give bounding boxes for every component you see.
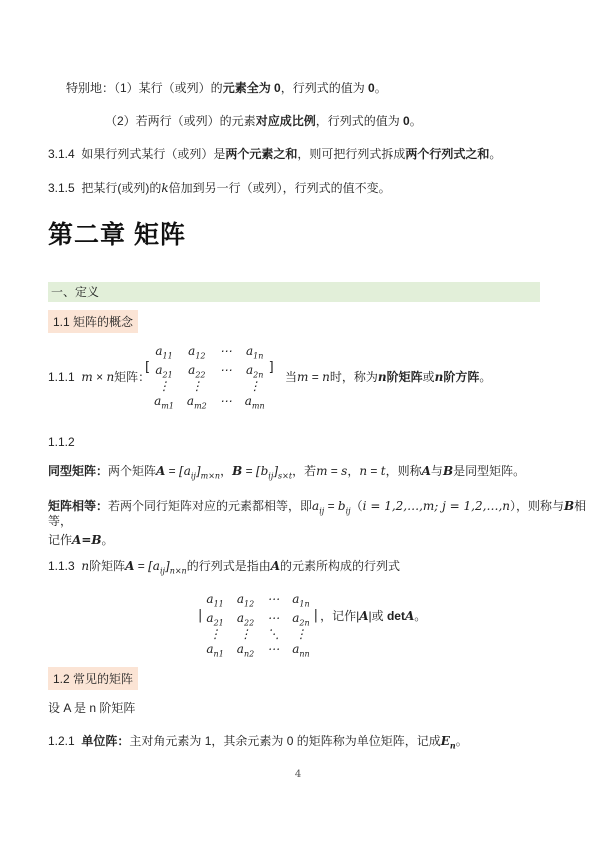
matrix-block-1-1-1: 1.1.1 m × n矩阵： [a11a12⋯a1na21a22⋯a2n⋮⋮⋮a… (48, 341, 548, 419)
text-run: ，若 (292, 464, 316, 478)
bold-term: 阶矩阵 (387, 370, 423, 384)
matrix: [a11a12⋯a1na21a22⋯a2n⋮⋮⋮am1am2⋯amn] (145, 341, 274, 410)
matrix-cell: a2n (246, 364, 263, 376)
text-run: ， (347, 464, 359, 478)
paragraph-matrix-equal: 矩阵相等：若两个同行矩阵对应的元素都相等，即aij = bij（i = 1,2,… (48, 499, 596, 529)
math-var-A: A (156, 464, 165, 478)
math-var-n: n (378, 370, 387, 384)
text-run: 。 (410, 114, 422, 128)
math-var-A: A (422, 464, 431, 478)
bold-term: 0 (403, 114, 410, 128)
paragraph-let-A: 设 A 是 n 阶矩阵 (48, 701, 135, 716)
text-run: （ (351, 499, 363, 513)
text-run: 1.1.3 (48, 559, 81, 573)
page-number: 4 (0, 769, 596, 780)
matrix-cell: a1n (292, 593, 309, 605)
math-var-m: m (316, 464, 327, 478)
math-var-n: n (359, 464, 367, 478)
text-run: 若两个同行矩阵对应的元素都相等，即 (108, 499, 312, 513)
paragraph-special-2: （2）若两行（或列）的元素对应成比例，行列式的值为 0。 (105, 114, 422, 129)
det-operator: det (387, 609, 405, 623)
text-run: 。 (375, 81, 387, 95)
text-run: （2）若两行（或列）的元素 (105, 114, 256, 128)
math-expr: [b (256, 464, 268, 478)
matrix-grid: a11a12⋯a1na21a22⋯a2n⋮⋮⋮am1am2⋯amn (154, 341, 265, 410)
text-run: ），则称与 (510, 499, 564, 513)
text-run: 与 (431, 464, 443, 478)
math-sub: s×t (278, 471, 292, 480)
math-var-m: m (297, 370, 308, 384)
text-run: 3.1.4 如果行列式某行（或列）是 (48, 147, 225, 161)
text-run: |或 (369, 609, 387, 623)
text-run: 。 (489, 147, 501, 161)
math-var-A: A (359, 609, 368, 623)
matrix-cell: ⋮ (249, 380, 261, 392)
matrix-cell: a21 (206, 612, 223, 624)
text-run: 特别地：（1）某行（或列）的 (66, 81, 223, 95)
bold-term: 对应成比例 (256, 114, 316, 128)
matrix-cell: a2n (292, 612, 309, 624)
matrix-cell: a12 (188, 345, 205, 357)
matrix-cell: ⋯ (267, 643, 279, 655)
math-expr: [a (148, 559, 160, 573)
matrix-cell: ⋮ (240, 628, 252, 640)
math-var-E: E (441, 734, 450, 748)
matrix-cell: a22 (188, 364, 205, 376)
matrix-note: 当m = n时，称为n阶矩阵或n阶方阵。 (285, 368, 491, 385)
text-run: 记作 (48, 533, 72, 547)
matrix-cell: a22 (237, 612, 254, 624)
bold-term: 元素全为 0 (223, 81, 281, 95)
text-run: ，行列式的值为 (281, 81, 368, 95)
document-page: 特别地：（1）某行（或列）的元素全为 0，行列式的值为 0。 （2）若两行（或列… (0, 0, 596, 842)
paragraph-same-type-matrix: 同型矩阵：两个矩阵A = [aij]m×n，B = [bij]s×t，若m = … (48, 464, 525, 479)
math-var-m: m (81, 370, 92, 384)
text-run: ， (220, 464, 232, 478)
text-run: 或 (423, 370, 435, 384)
chapter-heading: 第二章 矩阵 (48, 215, 186, 251)
open-bracket: [ (145, 361, 150, 374)
matrix-cell: amn (245, 395, 265, 407)
matrix-cell: an1 (206, 643, 223, 655)
text-run: 主对角元素为 1，其余元素为 0 的矩阵称为单位矩阵，记成 (129, 734, 440, 748)
text-run: ，行列式的值为 (316, 114, 403, 128)
bold-term: 两个行列式之和 (405, 147, 489, 161)
math-expr: i = 1,2,…,m; j = 1,2,…,n (363, 499, 510, 513)
text-run: 当 (285, 370, 297, 384)
matrix-cell: am2 (187, 395, 207, 407)
paragraph-special-1: 特别地：（1）某行（或列）的元素全为 0，行列式的值为 0。 (66, 81, 387, 96)
text-run: 是同型矩阵。 (453, 464, 525, 478)
math-var-B: B (564, 499, 574, 513)
close-bracket: ] (269, 361, 274, 374)
math-var-b: b (338, 499, 346, 513)
determinant-grid: a11a12⋯a1na21a22⋯a2n⋮⋮⋱⋮an1an2⋯ann (206, 589, 309, 658)
text-run: 设 A 是 n 阶矩阵 (48, 701, 135, 715)
matrix-cell: ⋯ (267, 593, 279, 605)
text-run: 。 (479, 370, 491, 384)
math-sub: n×n (170, 566, 187, 575)
matrix-cell: ann (292, 643, 309, 655)
text-run: 两个矩阵 (108, 464, 156, 478)
text-run: ，则可把行列式拆成 (297, 147, 405, 161)
text-run: ，则称 (386, 464, 422, 478)
bold-term: 两个元素之和 (225, 147, 297, 161)
text-run: = (242, 464, 256, 478)
matrix-cell: a11 (206, 593, 223, 605)
matrix-cell: ⋮ (191, 380, 203, 392)
bold-term: 矩阵相等： (48, 499, 108, 513)
math-var-k: k (161, 181, 168, 195)
math-var-n: n (106, 370, 114, 384)
text-run: = (327, 464, 341, 478)
matrix-cell: ⋯ (220, 364, 232, 376)
text-run: = (367, 464, 381, 478)
section-bar-label: 一、定义 (51, 285, 99, 299)
text-run: 时，称为 (330, 370, 378, 384)
determinant-block-1-1-3: |a11a12⋯a1na21a22⋯a2n⋮⋮⋱⋮an1an2⋯ann|，记作|… (48, 589, 548, 667)
matrix-label: 1.1.1 m × n矩阵： (48, 368, 150, 385)
math-var-n: n (322, 370, 330, 384)
matrix-cell: a1n (246, 345, 263, 357)
matrix-cell: an2 (237, 643, 254, 655)
math-sub: m×n (201, 471, 220, 480)
matrix-cell: a21 (155, 364, 172, 376)
paragraph-1-1-2: 1.1.2 (48, 435, 75, 450)
subsection-title-1-2: 1.2 常见的矩阵 (48, 667, 138, 690)
text-run: 3.1.5 把某行(或列)的 (48, 181, 161, 195)
paragraph-3-1-5: 3.1.5 把某行(或列)的k倍加到另一行（或列），行列式的值不变。 (48, 181, 391, 196)
matrix-cell: a12 (237, 593, 254, 605)
determinant-note: ，记作|A|或 detA。 (320, 610, 426, 622)
math-var-A: A (271, 559, 280, 573)
text-run: 的元素所构成的行列式 (280, 559, 400, 573)
close-vertical-bar: | (314, 609, 318, 622)
paragraph-3-1-4: 3.1.4 如果行列式某行（或列）是两个元素之和，则可把行列式拆成两个行列式之和… (48, 147, 501, 162)
text-run: 1.1.1 (48, 370, 81, 384)
bold-term: 阶方阵 (443, 370, 479, 384)
text-run: 。 (102, 533, 114, 547)
text-run: = (324, 499, 338, 513)
math-var-n: n (81, 559, 89, 573)
paragraph-1-1-3: 1.1.3 n阶矩阵A = [aij]n×n的行列式是指由A的元素所构成的行列式 (48, 559, 400, 574)
bold-term: 同型矩阵： (48, 464, 108, 478)
text-run: 1.1.2 (48, 435, 75, 449)
paragraph-denoted-A-equals-B: 记作A=B。 (48, 533, 114, 548)
matrix-cell: ⋮ (158, 380, 170, 392)
text-run: 倍加到另一行（或列），行列式的值不变。 (169, 181, 391, 195)
matrix-cell: ⋮ (209, 628, 221, 640)
text-run: = (165, 464, 179, 478)
text-run: 阶矩阵 (89, 559, 125, 573)
subsection-title-1-1: 1.1 矩阵的概念 (48, 310, 138, 333)
math-var-B: B (232, 464, 242, 478)
text-run: ，记作| (320, 609, 359, 623)
text-run: 。 (456, 734, 468, 748)
matrix-cell: am1 (154, 395, 174, 407)
math-expr: [a (179, 464, 191, 478)
text-run: 1.2.1 (48, 734, 81, 748)
determinant: |a11a12⋯a1na21a22⋯a2n⋮⋮⋱⋮an1an2⋯ann|，记作|… (198, 589, 426, 658)
bold-term: 0 (368, 81, 375, 95)
matrix-cell: ⋯ (267, 612, 279, 624)
paragraph-1-2-1: 1.2.1 单位阵：主对角元素为 1，其余元素为 0 的矩阵称为单位矩阵，记成E… (48, 734, 468, 749)
text-run: × (93, 370, 107, 384)
text-run: 。 (414, 609, 426, 623)
matrix-cell: ⋯ (220, 345, 232, 357)
matrix-cell: ⋱ (267, 628, 279, 640)
open-vertical-bar: | (198, 609, 202, 622)
math-var-B: B (443, 464, 453, 478)
matrix-cell: a11 (155, 345, 172, 357)
bold-term: 单位阵： (81, 734, 129, 748)
text-run: = (308, 370, 322, 384)
matrix-cell: ⋯ (220, 395, 232, 407)
math-var-A: A (405, 609, 414, 623)
math-expr-A-equals-B: A=B (72, 533, 102, 547)
section-bar-definition: 一、定义 (48, 282, 540, 302)
matrix-cell: ⋮ (295, 628, 307, 640)
text-run: 的行列式是指由 (187, 559, 271, 573)
text-run: = (134, 559, 148, 573)
